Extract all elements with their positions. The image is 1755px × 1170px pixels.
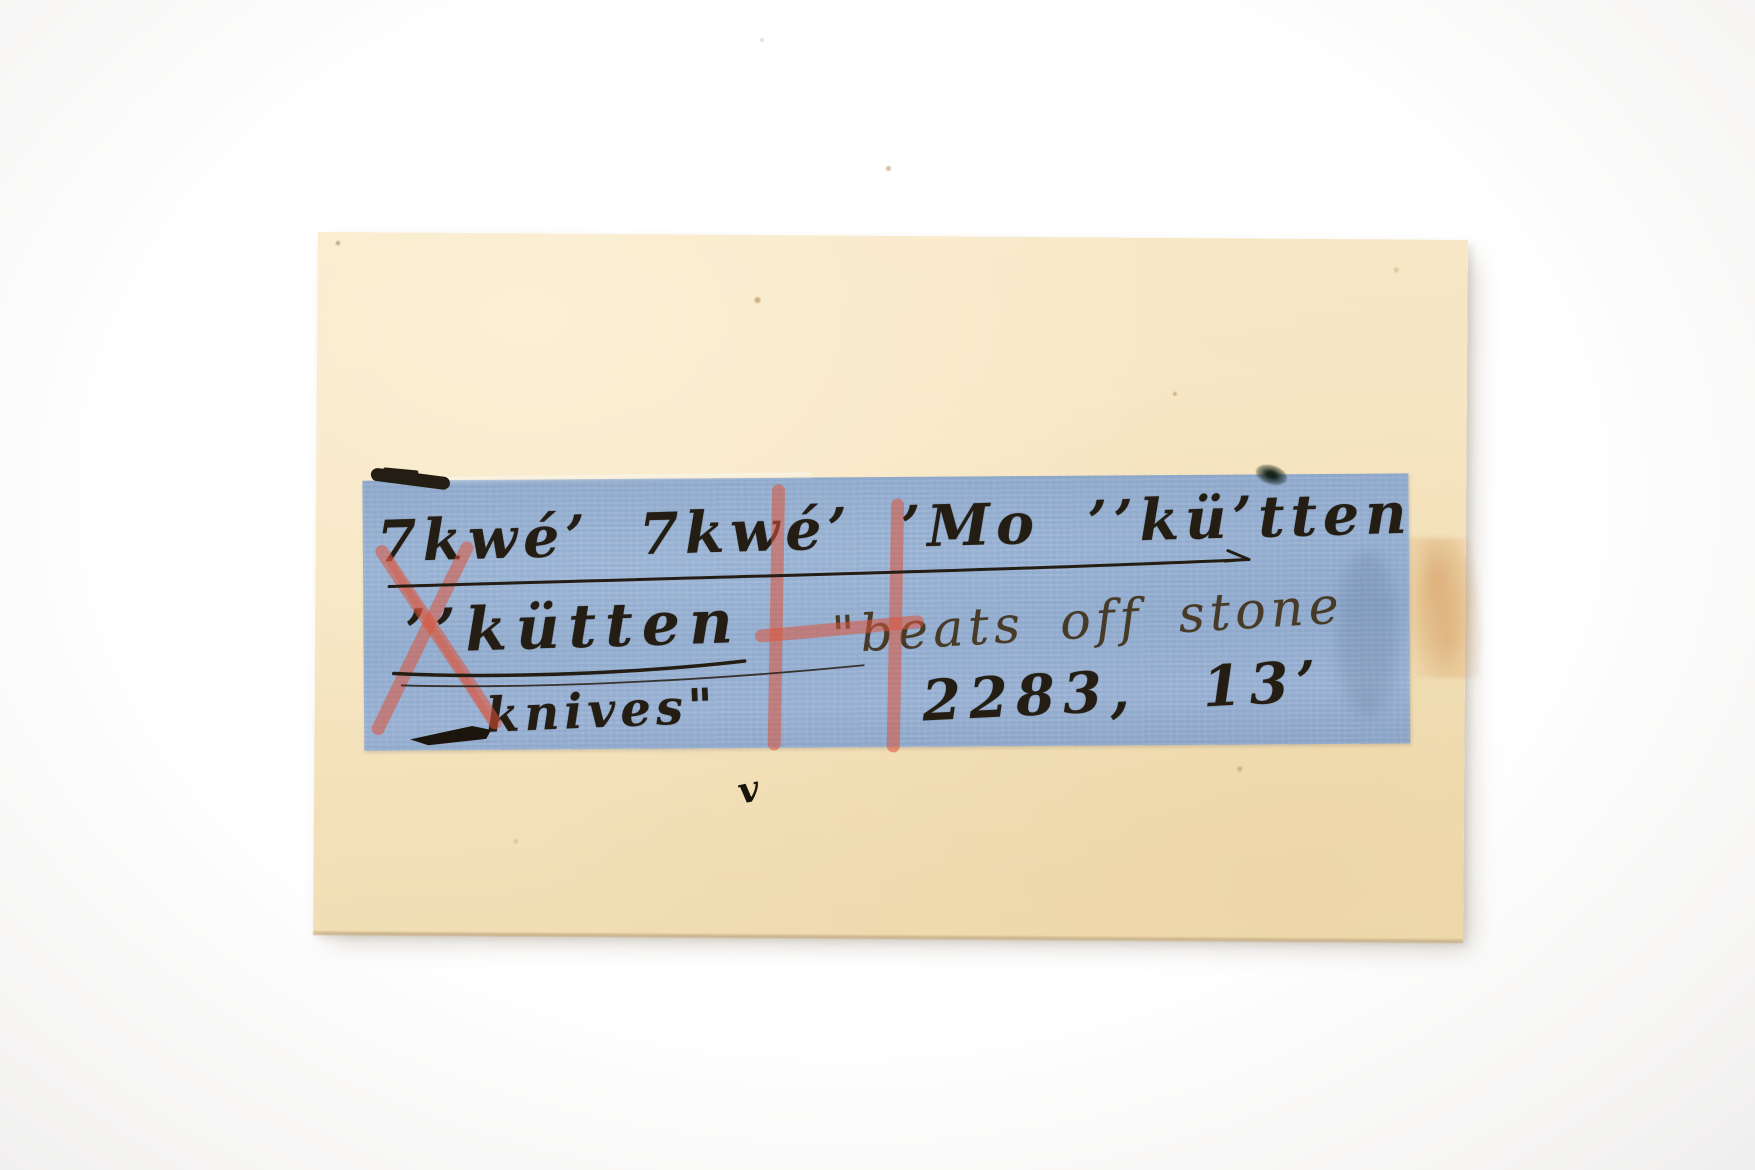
foxing-speck	[1237, 766, 1242, 771]
foxing-speck	[755, 297, 761, 303]
photo-backdrop: { "photo": { "description": "Photograph …	[0, 0, 1755, 1170]
ink-dash-top	[377, 469, 443, 483]
dust-speck	[760, 38, 764, 42]
underline-arrow	[389, 551, 1249, 587]
slip-marks-overlay	[362, 473, 1410, 750]
archive-card: 7kwé’ 7kwé’ ’Mo ’’kü’tten ’’kütten "beat…	[313, 232, 1468, 940]
red-x-mark	[377, 548, 495, 729]
ink-dash-bottom	[410, 726, 491, 746]
foxing-speck	[514, 839, 518, 843]
blue-slip: 7kwé’ 7kwé’ ’Mo ’’kü’tten ’’kütten "beat…	[362, 473, 1410, 750]
foxing-speck	[1394, 268, 1399, 273]
check-mark: v	[734, 767, 763, 812]
red-h-mark	[760, 490, 918, 747]
dust-speck	[886, 166, 891, 171]
foxing-stain	[1403, 538, 1482, 679]
foxing-speck	[1173, 392, 1177, 396]
foxing-speck	[336, 241, 340, 245]
